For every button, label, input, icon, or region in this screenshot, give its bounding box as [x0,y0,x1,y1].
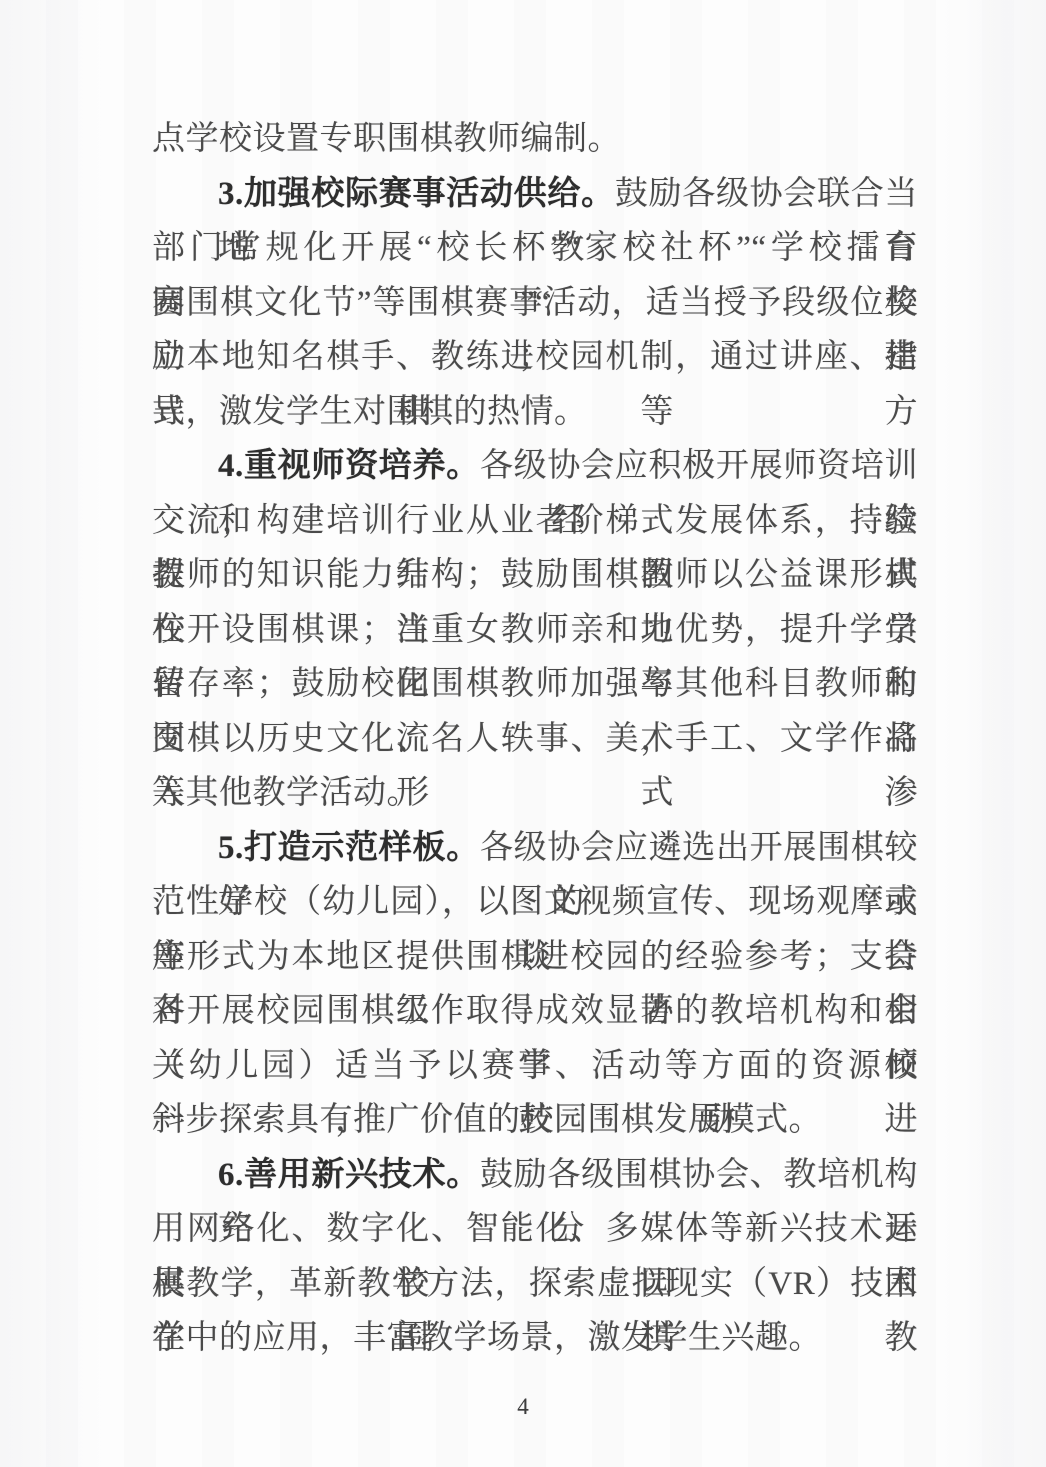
text-line: 等形式为本地区提供围棋进校园的经验参考；支持各级协会 [152,930,918,985]
text-line: 校开设围棋课；注重女教师亲和力优势，提升学员转化率和 [152,603,918,658]
paragraph-text: 式，激发学生对围棋的热情。 [152,394,588,430]
text-line: 对开展校园围棋工作取得成效显著的教培机构和相关学校 [152,984,918,1039]
text-line: 教师的知识能力结构；鼓励围棋教师以公益课形式在当地学 [152,548,918,603]
text-line: 用网络化、数字化、智能化、多媒体等新兴技术开展校园围 [152,1202,918,1257]
document-page: 点学校设置专职围棋教师编制。3.加强校际赛事活动供给。鼓励各级协会联合当地教育部… [0,0,1046,1467]
section-heading: 5.打造示范样板。 [218,830,480,866]
text-line: 6.善用新兴技术。鼓励各级围棋协会、教培机构充分运 [152,1148,918,1203]
text-line: 3.加强校际赛事活动供给。鼓励各级协会联合当地教育 [152,167,918,222]
paragraph-text: 入其他教学活动。 [152,775,420,811]
paragraph-text: 一步探索具有推广价值的校园围棋发展模式。 [152,1102,822,1138]
text-line: 立本地知名棋手、教练进校园机制，通过讲座、指导棋等方 [152,330,918,385]
section-heading: 3.加强校际赛事活动供给。 [218,176,615,212]
text-line: 围棋以历史文化、名人轶事、美术手工、文学作品等形式渗 [152,712,918,767]
paragraph-text: 学中的应用，丰富教学场景，激发学生兴趣。 [152,1320,822,1356]
text-line: （幼儿园）适当予以赛事、活动等方面的资源倾斜，鼓励进 [152,1039,918,1094]
text-line: 部门常规化开展“校长杯”“家校社杯”“学校擂台赛”“校 [152,221,918,276]
text-line: 4.重视师资培养。各级协会应积极开展师资培训和经验 [152,439,918,494]
document-body: 点学校设置专职围棋教师编制。3.加强校际赛事活动供给。鼓励各级协会联合当地教育部… [152,112,918,1366]
text-line: 交流，构建培训行业从业者阶梯式发展体系，持续提升围棋 [152,494,918,549]
text-line: 一步探索具有推广价值的校园围棋发展模式。 [152,1093,918,1148]
paragraph-text: 点学校设置专职围棋教师编制。 [152,121,621,157]
text-line: 学中的应用，丰富教学场景，激发学生兴趣。 [152,1311,918,1366]
section-heading: 4.重视师资培养。 [218,448,480,484]
text-line: 棋教学，革新教学方法，探索虚拟现实（VR）技术在围棋教 [152,1257,918,1312]
text-line: 留存率；鼓励校园围棋教师加强与其他科目教师的交流，将 [152,657,918,712]
text-line: 5.打造示范样板。各级协会应遴选出开展围棋较好的示 [152,821,918,876]
section-heading: 6.善用新兴技术。 [218,1157,480,1193]
text-line: 范性学校（幼儿园），以图文视频宣传、现场观摩或座谈会 [152,875,918,930]
page-number: 4 [0,1394,1046,1420]
text-line: 园围棋文化节”等围棋赛事活动，适当授予段级位奖励；建 [152,276,918,331]
text-line: 点学校设置专职围棋教师编制。 [152,112,918,167]
